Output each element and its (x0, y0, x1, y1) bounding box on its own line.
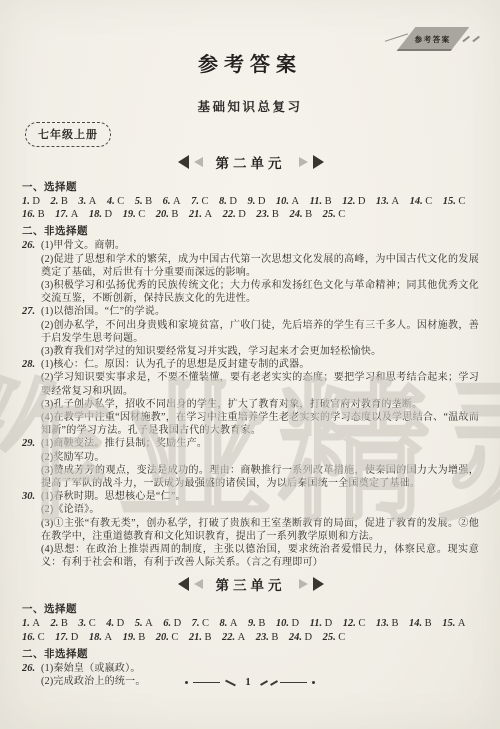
section-unit3: 第三单元 一、选择题 1.A2.B3.C4.D5.A6.D7.C8.A9.B10… (22, 574, 479, 688)
mcq-answer: 5.A (135, 617, 153, 630)
mcq-answer-number: 12. (343, 618, 356, 629)
mcq-answer: 5.B (135, 195, 152, 208)
mcq-answer-number: 16. (22, 209, 35, 220)
mcq-answer: 3.A (78, 195, 96, 208)
mcq-answer-number: 11. (310, 618, 323, 629)
mcq-answer-letter: A (145, 618, 153, 629)
answer-line: (3)积极学习和弘扬优秀的民族传统文化；大力传承和发扬红色文化与革命精神；同其他… (41, 279, 479, 305)
answer-line: (2)《论语》。 (41, 503, 479, 516)
tab-slash-icon (462, 36, 469, 42)
mcq-answer-letter: B (204, 632, 211, 643)
mcq-answer-number: 1. (22, 196, 30, 207)
question-block: 26.(1)甲骨文。商朝。(2)促进了思想和学术的繁荣，成为中国古代第一次思想文… (22, 239, 479, 305)
question-number: 30. (22, 490, 35, 503)
mcq-answer-letter: B (38, 209, 45, 220)
mcq-heading: 一、选择题 (22, 179, 479, 194)
mcq-answer-letter: C (38, 632, 45, 643)
mcq-answer-number: 14. (409, 618, 422, 629)
answer-key-page: { "page": { "corner_tab_label": "参考答案", … (0, 0, 500, 729)
page-number: 1 (245, 677, 250, 688)
mcq-answer-number: 10. (276, 618, 289, 629)
unit-title: 第二单元 (216, 152, 286, 172)
section-unit2: 第二单元 一、选择题 1.D2.B3.A4.C5.B6.A7.C8.D9.D10… (22, 152, 479, 569)
mcq-answer-number: 2. (50, 618, 58, 629)
answer-line: (1)核心：仁。原因：认为孔子的思想是反封建专制的武器。 (41, 358, 479, 371)
mcq-answer-number: 15. (443, 196, 456, 207)
mcq-answer-number: 18. (89, 632, 102, 643)
mcq-answer-letter: B (425, 618, 432, 629)
page-title: 参考答案 (0, 48, 500, 77)
mcq-answer-letter: D (304, 632, 312, 643)
mcq-answer-letter: C (358, 618, 365, 629)
answer-line: (1)秦始皇（或嬴政）。 (41, 662, 479, 675)
mcq-answer-letter: A (89, 196, 97, 207)
answer-line: (1)商鞅变法。推行县制；奖励生产。 (41, 437, 479, 450)
mcq-answer: 18.A (89, 631, 112, 644)
left-arrow-gray-icon (194, 579, 203, 589)
mcq-answers-row: 1.A2.B3.C4.D5.A6.D7.C8.A9.B10.D11.D12.C1… (22, 617, 479, 630)
mcq-answer-number: 19. (123, 632, 136, 643)
mcq-answer: 22.D (223, 208, 246, 221)
mcq-answer-number: 16. (22, 632, 35, 643)
mcq-answer-letter: B (61, 196, 68, 207)
question-block: 29.(1)商鞅变法。推行县制；奖励生产。(2)奖励军功。(3)赞成芳芳的观点，… (22, 437, 479, 490)
mcq-answer-letter: B (138, 632, 145, 643)
mcq-answer-letter: D (258, 196, 266, 207)
mcq-answer-number: 22. (223, 209, 236, 220)
mcq-answer-letter: C (338, 209, 345, 220)
mcq-answer-number: 17. (55, 632, 68, 643)
mcq-answer: 19.C (123, 208, 146, 221)
mcq-answer-letter: D (292, 618, 300, 629)
question-number: 29. (22, 437, 35, 450)
mcq-answer-letter: A (104, 632, 112, 643)
frq-heading: 二、非选择题 (22, 223, 479, 238)
mcq-answer-number: 20. (156, 209, 169, 220)
answer-line: (3)教育我们对学过的知识要经常复习并实践，学习起来才会更加轻松愉快。 (41, 345, 479, 358)
mcq-answer: 12.D (342, 195, 365, 208)
mcq-answer-number: 13. (376, 618, 389, 629)
mcq-answer-letter: A (230, 618, 238, 629)
mcq-answer: 17.D (55, 631, 78, 644)
mcq-answer-number: 7. (191, 196, 199, 207)
right-arrow-gray-icon (299, 157, 308, 167)
mcq-answer-number: 3. (78, 618, 86, 629)
mcq-answer-number: 12. (342, 196, 355, 207)
mcq-answer: 4.D (106, 617, 124, 630)
answer-line: (3)赞成芳芳的观点，变法是成功的。理由：商鞅推行一系列改革措施，使秦国的国力大… (41, 464, 479, 490)
mcq-answer-letter: A (173, 196, 181, 207)
mcq-answer-letter: B (305, 209, 312, 220)
mcq-answer: 10.D (276, 617, 299, 630)
footer-line (193, 682, 220, 684)
mcq-answer-letter: A (292, 196, 300, 207)
mcq-answer: 8.D (219, 195, 237, 208)
mcq-answer-number: 2. (50, 196, 58, 207)
mcq-answer-number: 14. (410, 196, 423, 207)
mcq-answer-letter: D (104, 209, 112, 220)
mcq-answer-letter: B (392, 618, 399, 629)
question-number: 27. (22, 305, 35, 318)
mcq-answer-letter: C (202, 618, 209, 629)
mcq-answer-letter: A (204, 209, 212, 220)
mcq-answer-letter: C (458, 196, 465, 207)
mcq-answer-letter: C (138, 209, 145, 220)
mcq-answer-letter: C (171, 632, 178, 643)
mcq-answer: 25.C (323, 631, 346, 644)
footer-dot-icon (312, 681, 315, 684)
mcq-answer: 20.C (156, 631, 179, 644)
mcq-answers-row: 16.B17.A18.D19.C20.B21.A22.D23.B24.B25.C (22, 208, 479, 221)
mcq-answer-number: 13. (376, 196, 389, 207)
answer-line: (2)创办私学，不问出身贵贱和家境贫富，广收门徒，先后培养的学生有三千多人。因材… (41, 319, 479, 345)
mcq-answer-letter: B (272, 209, 279, 220)
mcq-answer-number: 5. (135, 196, 143, 207)
mcq-answer-number: 9. (247, 196, 255, 207)
mcq-answer-letter: A (392, 196, 400, 207)
right-arrow-gray-icon (299, 579, 308, 589)
mcq-answer-letter: D (358, 196, 366, 207)
mcq-answer-number: 23. (256, 632, 269, 643)
mcq-answer-number: 25. (323, 209, 336, 220)
mcq-answer: 24.D (289, 631, 312, 644)
page-subtitle: 基础知识总复习 (0, 97, 500, 115)
mcq-answer: 13.A (376, 195, 399, 208)
mcq-answer-number: 6. (163, 618, 171, 629)
mcq-answer: 8.A (220, 617, 238, 630)
mcq-answer-letter: A (238, 632, 246, 643)
frq-heading: 二、非选择题 (22, 646, 479, 661)
footer-slash-icon (260, 680, 268, 686)
answer-line: (4)思想：在政治上推崇西周的制度，主张以德治国，要求统治者爱惜民力，体察民意。… (41, 543, 479, 569)
mcq-answer-letter: D (238, 209, 246, 220)
right-arrow-dark-icon (313, 155, 324, 169)
mcq-answer: 1.A (22, 617, 40, 630)
answer-line: (1)春秋时期。思想核心是“仁”。 (41, 490, 479, 503)
mcq-answer-number: 25. (323, 632, 336, 643)
question-number: 26. (22, 662, 35, 675)
mcq-answer-letter: C (89, 618, 96, 629)
mcq-answer-letter: D (117, 618, 125, 629)
mcq-answer-letter: C (201, 196, 208, 207)
footer-backslash-icon (226, 679, 237, 686)
left-arrow-dark-icon (178, 155, 189, 169)
mcq-answer: 21.A (189, 208, 212, 221)
mcq-answer-letter: A (458, 618, 466, 629)
mcq-answer: 14.C (410, 195, 433, 208)
footer-line (280, 682, 307, 684)
mcq-answer-number: 7. (192, 618, 200, 629)
mcq-answer: 15.A (442, 617, 465, 630)
question-block: 27.(1)以德治国。“仁”的学说。(2)创办私学，不问出身贵贱和家境贫富，广收… (22, 305, 479, 358)
mcq-answer: 1.D (22, 195, 40, 208)
question-number: 26. (22, 239, 35, 252)
mcq-answer: 23.B (256, 208, 279, 221)
mcq-answer-number: 19. (123, 209, 136, 220)
page-footer: 1 (0, 677, 500, 688)
mcq-answer-letter: D (174, 618, 182, 629)
mcq-answer: 17.A (55, 208, 78, 221)
mcq-answer: 2.B (50, 195, 67, 208)
mcq-answer: 19.B (123, 631, 146, 644)
mcq-answer-letter: C (117, 196, 124, 207)
mcq-answer-letter: D (325, 618, 333, 629)
mcq-answer-number: 11. (310, 196, 323, 207)
mcq-answer: 18.D (89, 208, 112, 221)
answer-line: (1)甲骨文。商朝。 (41, 239, 479, 252)
mcq-answer-letter: B (145, 196, 152, 207)
mcq-answer-number: 21. (189, 632, 202, 643)
mcq-answer-number: 24. (289, 632, 302, 643)
unit-header: 第三单元 (22, 574, 479, 594)
mcq-answer: 14.B (409, 617, 432, 630)
mcq-answer-letter: A (32, 618, 40, 629)
mcq-answer-number: 8. (220, 618, 228, 629)
mcq-answer-letter: D (71, 632, 79, 643)
mcq-answer: 7.C (192, 617, 209, 630)
mcq-answer-number: 8. (219, 196, 227, 207)
mcq-answer: 24.B (289, 208, 312, 221)
answer-line: (2)奖励军功。 (41, 451, 479, 464)
answer-line: (1)以德治国。“仁”的学说。 (41, 305, 479, 318)
mcq-answer: 11.D (310, 617, 333, 630)
mcq-answer: 21.B (189, 631, 212, 644)
answer-line: (3)①主张“有教无类”，创办私学，打破了贵族和王室垄断教育的局面，促进了教育的… (41, 517, 479, 543)
mcq-answer: 6.D (163, 617, 181, 630)
corner-tab-label: 参考答案 (415, 34, 451, 45)
mcq-answer-number: 1. (22, 618, 30, 629)
mcq-answer: 3.C (78, 617, 95, 630)
mcq-answer: 9.D (247, 195, 265, 208)
page-content: 第二单元 一、选择题 1.D2.B3.A4.C5.B6.A7.C8.D9.D10… (22, 149, 479, 688)
corner-tab: 参考答案 (385, 27, 480, 51)
mcq-answer-number: 9. (248, 618, 256, 629)
mcq-answer: 11.B (310, 195, 332, 208)
mcq-answer: 16.B (22, 208, 45, 221)
mcq-answer-letter: D (229, 196, 237, 207)
mcq-answer: 9.B (248, 617, 265, 630)
mcq-answer-number: 18. (89, 209, 102, 220)
question-number: 28. (22, 358, 35, 371)
mcq-answer-number: 15. (442, 618, 455, 629)
mcq-answer-letter: A (71, 209, 79, 220)
mcq-answer-letter: B (325, 196, 332, 207)
grade-badge: 七年级上册 (25, 122, 111, 147)
right-arrow-dark-icon (313, 577, 324, 591)
mcq-answers-row: 1.D2.B3.A4.C5.B6.A7.C8.D9.D10.A11.B12.D1… (22, 195, 479, 208)
mcq-answer-number: 4. (106, 618, 114, 629)
tab-slash-icon (472, 36, 479, 42)
mcq-answer-number: 4. (107, 196, 115, 207)
left-arrow-dark-icon (178, 577, 189, 591)
tab-shape: 参考答案 (397, 27, 470, 51)
mcq-answer: 4.C (107, 195, 124, 208)
mcq-answer-letter: B (271, 632, 278, 643)
footer-dot-icon (185, 681, 188, 684)
mcq-answer: 7.C (191, 195, 208, 208)
mcq-answer: 10.A (276, 195, 299, 208)
answer-line: (2)促进了思想和学术的繁荣，成为中国古代第一次思想文化发展的高峰，为中国古代文… (41, 253, 479, 279)
unit-header: 第二单元 (22, 152, 479, 172)
mcq-answer-number: 22. (222, 632, 235, 643)
mcq-answer-number: 23. (256, 209, 269, 220)
mcq-answer: 16.C (22, 631, 45, 644)
mcq-answer: 15.C (443, 195, 466, 208)
mcq-answer-number: 17. (55, 209, 68, 220)
mcq-answer: 12.C (343, 617, 366, 630)
mcq-answers-row: 16.C17.D18.A19.B20.C21.B22.A23.B24.D25.C (22, 631, 479, 644)
mcq-answer-letter: C (425, 196, 432, 207)
question-block: 30.(1)春秋时期。思想核心是“仁”。(2)《论语》。(3)①主张“有教无类”… (22, 490, 479, 569)
mcq-answer-letter: C (338, 632, 345, 643)
mcq-answer-letter: D (32, 196, 40, 207)
mcq-answer: 13.B (376, 617, 399, 630)
left-arrow-gray-icon (194, 157, 203, 167)
mcq-answer-number: 21. (189, 209, 202, 220)
question-list: 26.(1)甲骨文。商朝。(2)促进了思想和学术的繁荣，成为中国古代第一次思想文… (22, 239, 479, 569)
mcq-answer: 6.A (163, 195, 181, 208)
unit-title: 第三单元 (216, 574, 286, 594)
mcq-answer-number: 24. (289, 209, 302, 220)
mcq-answer: 25.C (323, 208, 346, 221)
answer-line: (2)学习知识要实事求是，不要不懂装懂，要有老老实实的态度；要把学习和思考结合起… (41, 371, 479, 397)
mcq-answer-number: 5. (135, 618, 143, 629)
answer-line: (3)孔子创办私学，招收不同出身的学生，扩大了教育对象，打破官府对教育的垄断。 (41, 398, 479, 411)
mcq-answer-number: 3. (78, 196, 86, 207)
mcq-answer-number: 6. (163, 196, 171, 207)
mcq-answer-number: 10. (276, 196, 289, 207)
mcq-heading: 一、选择题 (22, 601, 479, 616)
footer-slash-icon (270, 680, 278, 686)
answer-line: (4)在教学中注重“因材施教”，在学习中注重培养学生老老实实的学习态度以及学思结… (41, 411, 479, 437)
mcq-answer: 23.B (256, 631, 279, 644)
question-block: 28.(1)核心：仁。原因：认为孔子的思想是反封建专制的武器。(2)学习知识要实… (22, 358, 479, 437)
mcq-answer-letter: B (258, 618, 265, 629)
mcq-answer-number: 20. (156, 632, 169, 643)
mcq-answer-letter: B (61, 618, 68, 629)
mcq-answer: 22.A (222, 631, 245, 644)
mcq-answer: 2.B (50, 617, 67, 630)
mcq-answer-letter: B (171, 209, 178, 220)
mcq-answer: 20.B (156, 208, 179, 221)
